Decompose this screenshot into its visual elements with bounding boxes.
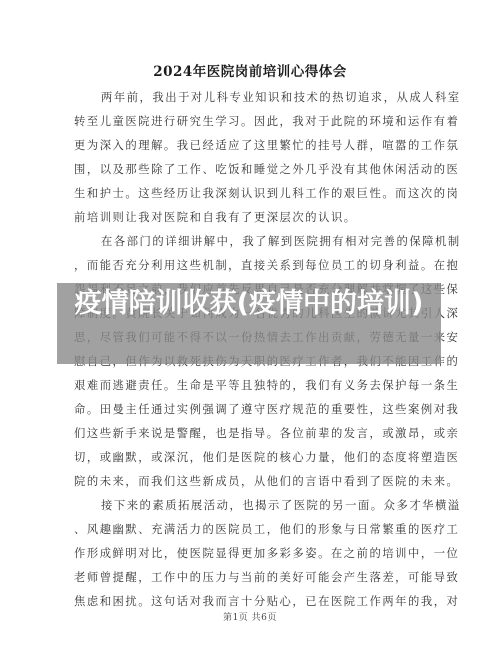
text-line: ，而能否充分利用这些机制，直接关系到每位员工的切身利益。在抱 bbox=[74, 254, 418, 278]
page-number-footer: 第1页 共6页 bbox=[0, 610, 500, 623]
text-line: 老师曾提醒，工作中的压力与当前的美好可能会产生落差，可能导致 bbox=[74, 566, 418, 590]
text-line: 院的未来，而我们这些新成员，从他们的言语中看到了医院的未来。 bbox=[74, 470, 418, 494]
text-line: 围，以及那些除了工作、吃饭和睡觉之外几乎没有其他休闲活动的医 bbox=[74, 158, 418, 182]
text-line: 更为深入的理解。我已经适应了这里繁忙的挂号人群，喧嚣的工作氛 bbox=[74, 134, 418, 158]
text-line: 生和护士。这些经历让我深刻认识到儿科工作的艰巨性。而这次的岗 bbox=[74, 182, 418, 206]
document-page: 2024年医院岗前培训心得体会 两年前，我出于对儿科专业知识和技术的热切追求，从… bbox=[0, 0, 500, 647]
text-line: 两年前，我出于对儿科专业知识和技术的热切追求，从成人科室 bbox=[74, 86, 418, 110]
text-line: 作形成鲜明对比，使医院显得更加多彩多姿。在之前的培训中，一位 bbox=[74, 542, 418, 566]
text-line: 在各部门的详细讲解中，我了解到医院拥有相对完善的保障机制 bbox=[74, 230, 418, 254]
text-line: 转至儿童医院进行研究生学习。因此，我对于此院的环境和运作有着 bbox=[74, 110, 418, 134]
text-line: 切，或幽默，或深沉，他们是医院的核心力量，他们的态度将塑造医 bbox=[74, 446, 418, 470]
document-title: 2024年医院岗前培训心得体会 bbox=[0, 60, 500, 80]
text-line: 命。田曼主任通过实例强调了遵守医疗规范的重要性，这些案例对我 bbox=[74, 398, 418, 422]
text-line: 、风趣幽默、充满活力的医院员工，他们的形象与日常繁重的医疗工 bbox=[74, 518, 418, 542]
text-line: 们这些新手来说是警醒，也是指导。各位前辈的发言，或激昂，或亲 bbox=[74, 422, 418, 446]
overlay-title: 疫情陪训收获(疫情中的培训) bbox=[57, 283, 441, 319]
text-line: 接下来的素质拓展活动，也揭示了医院的另一面。众多才华横溢 bbox=[74, 494, 418, 518]
text-line: 艰难而逃避责任。生命是平等且独特的，我们有义务去保护每一条生 bbox=[74, 374, 418, 398]
text-line: 前培训则让我对医院和自我有了更深层次的认识。 bbox=[74, 206, 418, 230]
